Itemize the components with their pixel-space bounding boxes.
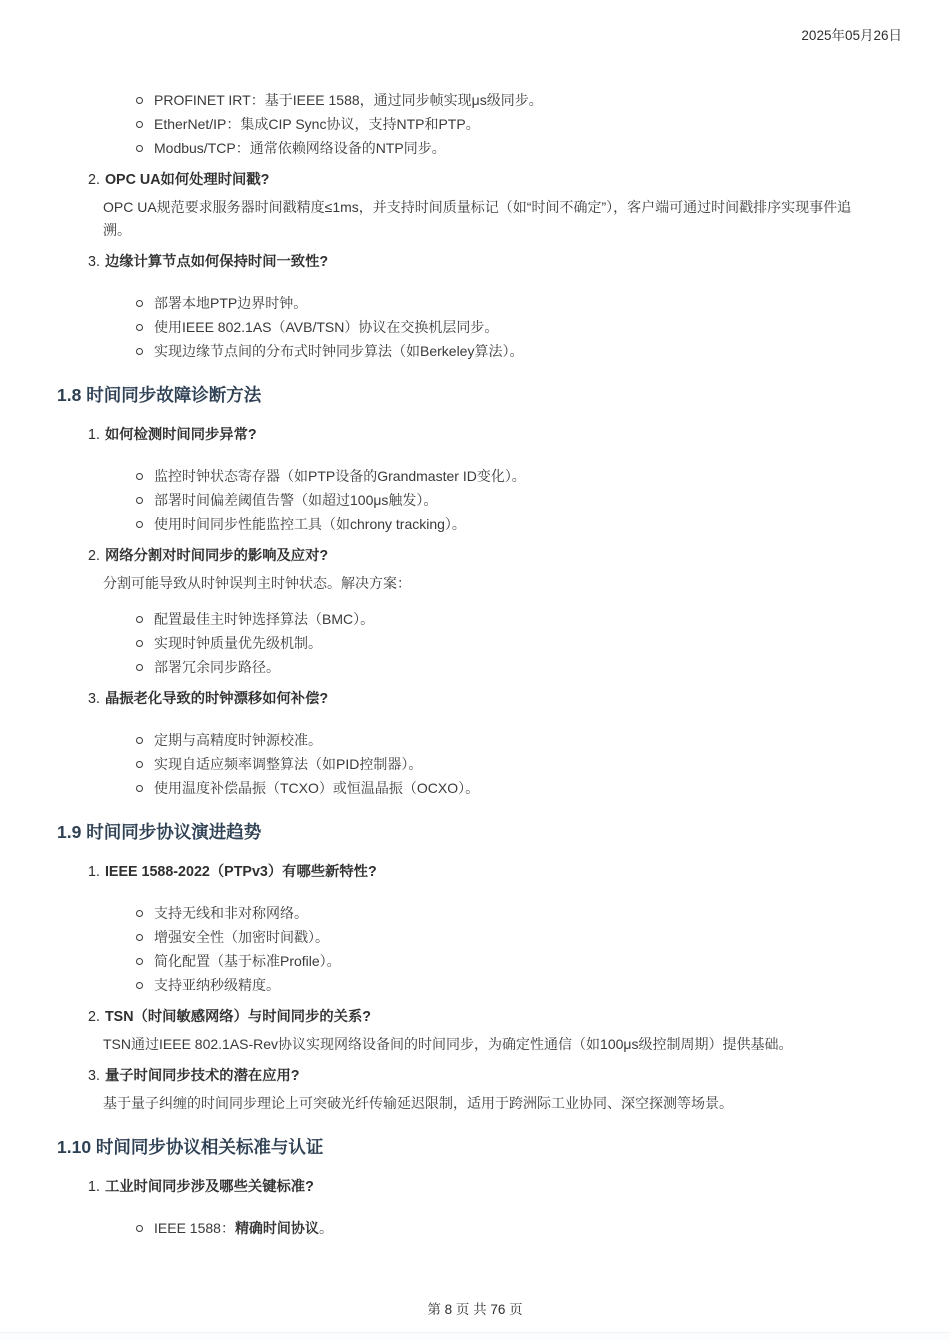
- bullet-icon: [136, 473, 143, 480]
- question-text: 工业时间同步涉及哪些关键标准?: [105, 1179, 314, 1195]
- question-text: 量子时间同步技术的潜在应用?: [105, 1068, 300, 1084]
- bullet-icon: [136, 145, 143, 152]
- list-item: 使用IEEE 802.1AS（AVB/TSN）协议在交换机层同步。: [57, 315, 893, 339]
- question-text: 晶振老化导致的时钟漂移如何补偿?: [105, 691, 328, 707]
- bullet-list: 支持无线和非对称网络。增强安全性（加密时间戳）。简化配置（基于标准Profile…: [57, 901, 893, 997]
- list-item: 部署时间偏差阈值告警（如超过100μs触发）。: [57, 488, 893, 512]
- question-text: 如何检测时间同步异常?: [105, 427, 257, 443]
- list-item-text: 配置最佳主时钟选择算法（BMC）。: [154, 609, 374, 629]
- question-number: 2.: [88, 548, 100, 564]
- question-item: 2.OPC UA如何处理时间戳?: [57, 172, 893, 189]
- question-number: 3.: [88, 691, 100, 707]
- list-item: 配置最佳主时钟选择算法（BMC）。: [57, 607, 893, 631]
- list-item-text: 支持亚纳秒级精度。: [154, 975, 280, 995]
- question-text: OPC UA如何处理时间戳?: [105, 172, 269, 188]
- paragraph: 分割可能导致从时钟误判主时钟状态。解决方案：: [103, 572, 865, 595]
- question-number: 2.: [88, 1009, 100, 1025]
- page-number-footer: 第 8 页 共 76 页: [0, 1298, 950, 1318]
- bullet-icon: [136, 1225, 143, 1232]
- page-date: 2025年05月26日: [801, 24, 902, 44]
- question-item: 1.如何检测时间同步异常?: [57, 427, 893, 444]
- question-item: 3.晶振老化导致的时钟漂移如何补偿?: [57, 691, 893, 708]
- bullet-icon: [136, 348, 143, 355]
- list-item: 定期与高精度时钟源校准。: [57, 728, 893, 752]
- list-item: 监控时钟状态寄存器（如PTP设备的Grandmaster ID变化）。: [57, 464, 893, 488]
- list-item: 简化配置（基于标准Profile）。: [57, 949, 893, 973]
- list-item-text: 实现自适应频率调整算法（如PID控制器）。: [154, 754, 422, 774]
- list-item-text: IEEE 1588：精确时间协议。: [154, 1218, 333, 1238]
- list-item: 部署冗余同步路径。: [57, 655, 893, 679]
- section-heading: 1.8 时间同步故障诊断方法: [57, 384, 893, 406]
- question-text: TSN（时间敏感网络）与时间同步的关系?: [105, 1009, 371, 1025]
- section-heading: 1.9 时间同步协议演进趋势: [57, 821, 893, 843]
- list-item-text: 实现时钟质量优先级机制。: [154, 633, 322, 653]
- question-item: 2.网络分割对时间同步的影响及应对?: [57, 548, 893, 565]
- list-item-text: 使用时间同步性能监控工具（如chrony tracking）。: [154, 514, 466, 534]
- question-number: 3.: [88, 1068, 100, 1084]
- bullet-icon: [136, 910, 143, 917]
- list-item: 使用温度补偿晶振（TCXO）或恒温晶振（OCXO）。: [57, 776, 893, 800]
- paragraph: OPC UA规范要求服务器时间戳精度≤1ms，并支持时间质量标记（如“时间不确定…: [103, 196, 865, 242]
- question-item: 1.IEEE 1588-2022（PTPv3）有哪些新特性?: [57, 864, 893, 881]
- question-item: 1.工业时间同步涉及哪些关键标准?: [57, 1179, 893, 1196]
- list-item-text: 定期与高精度时钟源校准。: [154, 730, 322, 750]
- bullet-icon: [136, 497, 143, 504]
- list-item-text: EtherNet/IP：集成CIP Sync协议，支持NTP和PTP。: [154, 114, 480, 134]
- bullet-icon: [136, 300, 143, 307]
- list-item-text: 监控时钟状态寄存器（如PTP设备的Grandmaster ID变化）。: [154, 466, 526, 486]
- page-bottom-edge: [0, 1332, 950, 1340]
- list-item: PROFINET IRT：基于IEEE 1588，通过同步帧实现μs级同步。: [57, 88, 893, 112]
- list-item: 实现边缘节点间的分布式时钟同步算法（如Berkeley算法）。: [57, 339, 893, 363]
- list-item: 实现时钟质量优先级机制。: [57, 631, 893, 655]
- question-item: 2.TSN（时间敏感网络）与时间同步的关系?: [57, 1009, 893, 1026]
- bullet-icon: [136, 982, 143, 989]
- list-item: 支持亚纳秒级精度。: [57, 973, 893, 997]
- paragraph: 基于量子纠缠的时间同步理论上可突破光纤传输延迟限制，适用于跨洲际工业协同、深空探…: [103, 1092, 865, 1115]
- bullet-icon: [136, 97, 143, 104]
- list-item: 部署本地PTP边界时钟。: [57, 291, 893, 315]
- bullet-list: IEEE 1588：精确时间协议。: [57, 1216, 893, 1240]
- list-item: Modbus/TCP：通常依赖网络设备的NTP同步。: [57, 136, 893, 160]
- paragraph: TSN通过IEEE 802.1AS-Rev协议实现网络设备间的时间同步，为确定性…: [103, 1033, 865, 1056]
- bullet-icon: [136, 934, 143, 941]
- list-item-text: 增强安全性（加密时间戳）。: [154, 927, 329, 947]
- list-item: 使用时间同步性能监控工具（如chrony tracking）。: [57, 512, 893, 536]
- bullet-list: PROFINET IRT：基于IEEE 1588，通过同步帧实现μs级同步。Et…: [57, 88, 893, 160]
- bullet-list: 部署本地PTP边界时钟。使用IEEE 802.1AS（AVB/TSN）协议在交换…: [57, 291, 893, 363]
- list-item-text: 支持无线和非对称网络。: [154, 903, 308, 923]
- bullet-icon: [136, 958, 143, 965]
- question-number: 2.: [88, 172, 100, 188]
- list-item-text: Modbus/TCP：通常依赖网络设备的NTP同步。: [154, 138, 446, 158]
- question-text: IEEE 1588-2022（PTPv3）有哪些新特性?: [105, 864, 377, 880]
- question-number: 3.: [88, 254, 100, 270]
- document-page: 2025年05月26日 PROFINET IRT：基于IEEE 1588，通过同…: [0, 0, 950, 1340]
- bullet-list: 配置最佳主时钟选择算法（BMC）。实现时钟质量优先级机制。部署冗余同步路径。: [57, 607, 893, 679]
- list-item-text: 部署本地PTP边界时钟。: [154, 293, 307, 313]
- document-body: PROFINET IRT：基于IEEE 1588，通过同步帧实现μs级同步。Et…: [57, 88, 893, 1240]
- list-item: 实现自适应频率调整算法（如PID控制器）。: [57, 752, 893, 776]
- list-item-text: 实现边缘节点间的分布式时钟同步算法（如Berkeley算法）。: [154, 341, 523, 361]
- bullet-icon: [136, 785, 143, 792]
- question-number: 1.: [88, 864, 100, 880]
- list-item: EtherNet/IP：集成CIP Sync协议，支持NTP和PTP。: [57, 112, 893, 136]
- bullet-list: 监控时钟状态寄存器（如PTP设备的Grandmaster ID变化）。部署时间偏…: [57, 464, 893, 536]
- bullet-icon: [136, 640, 143, 647]
- list-item: IEEE 1588：精确时间协议。: [57, 1216, 893, 1240]
- list-item-text: 部署时间偏差阈值告警（如超过100μs触发）。: [154, 490, 437, 510]
- list-item-text: PROFINET IRT：基于IEEE 1588，通过同步帧实现μs级同步。: [154, 90, 543, 110]
- question-number: 1.: [88, 1179, 100, 1195]
- question-text: 网络分割对时间同步的影响及应对?: [105, 548, 328, 564]
- question-item: 3.量子时间同步技术的潜在应用?: [57, 1068, 893, 1085]
- list-item: 支持无线和非对称网络。: [57, 901, 893, 925]
- bullet-icon: [136, 324, 143, 331]
- list-item-text: 使用IEEE 802.1AS（AVB/TSN）协议在交换机层同步。: [154, 317, 498, 337]
- bullet-icon: [136, 521, 143, 528]
- list-item: 增强安全性（加密时间戳）。: [57, 925, 893, 949]
- question-text: 边缘计算节点如何保持时间一致性?: [105, 254, 328, 270]
- question-item: 3.边缘计算节点如何保持时间一致性?: [57, 254, 893, 271]
- bullet-icon: [136, 121, 143, 128]
- list-item-text: 部署冗余同步路径。: [154, 657, 280, 677]
- bullet-icon: [136, 616, 143, 623]
- bullet-icon: [136, 664, 143, 671]
- list-item-text: 简化配置（基于标准Profile）。: [154, 951, 341, 971]
- question-number: 1.: [88, 427, 100, 443]
- bullet-icon: [136, 761, 143, 768]
- section-heading: 1.10 时间同步协议相关标准与认证: [57, 1136, 893, 1158]
- list-item-text: 使用温度补偿晶振（TCXO）或恒温晶振（OCXO）。: [154, 778, 479, 798]
- bullet-list: 定期与高精度时钟源校准。实现自适应频率调整算法（如PID控制器）。使用温度补偿晶…: [57, 728, 893, 800]
- bullet-icon: [136, 737, 143, 744]
